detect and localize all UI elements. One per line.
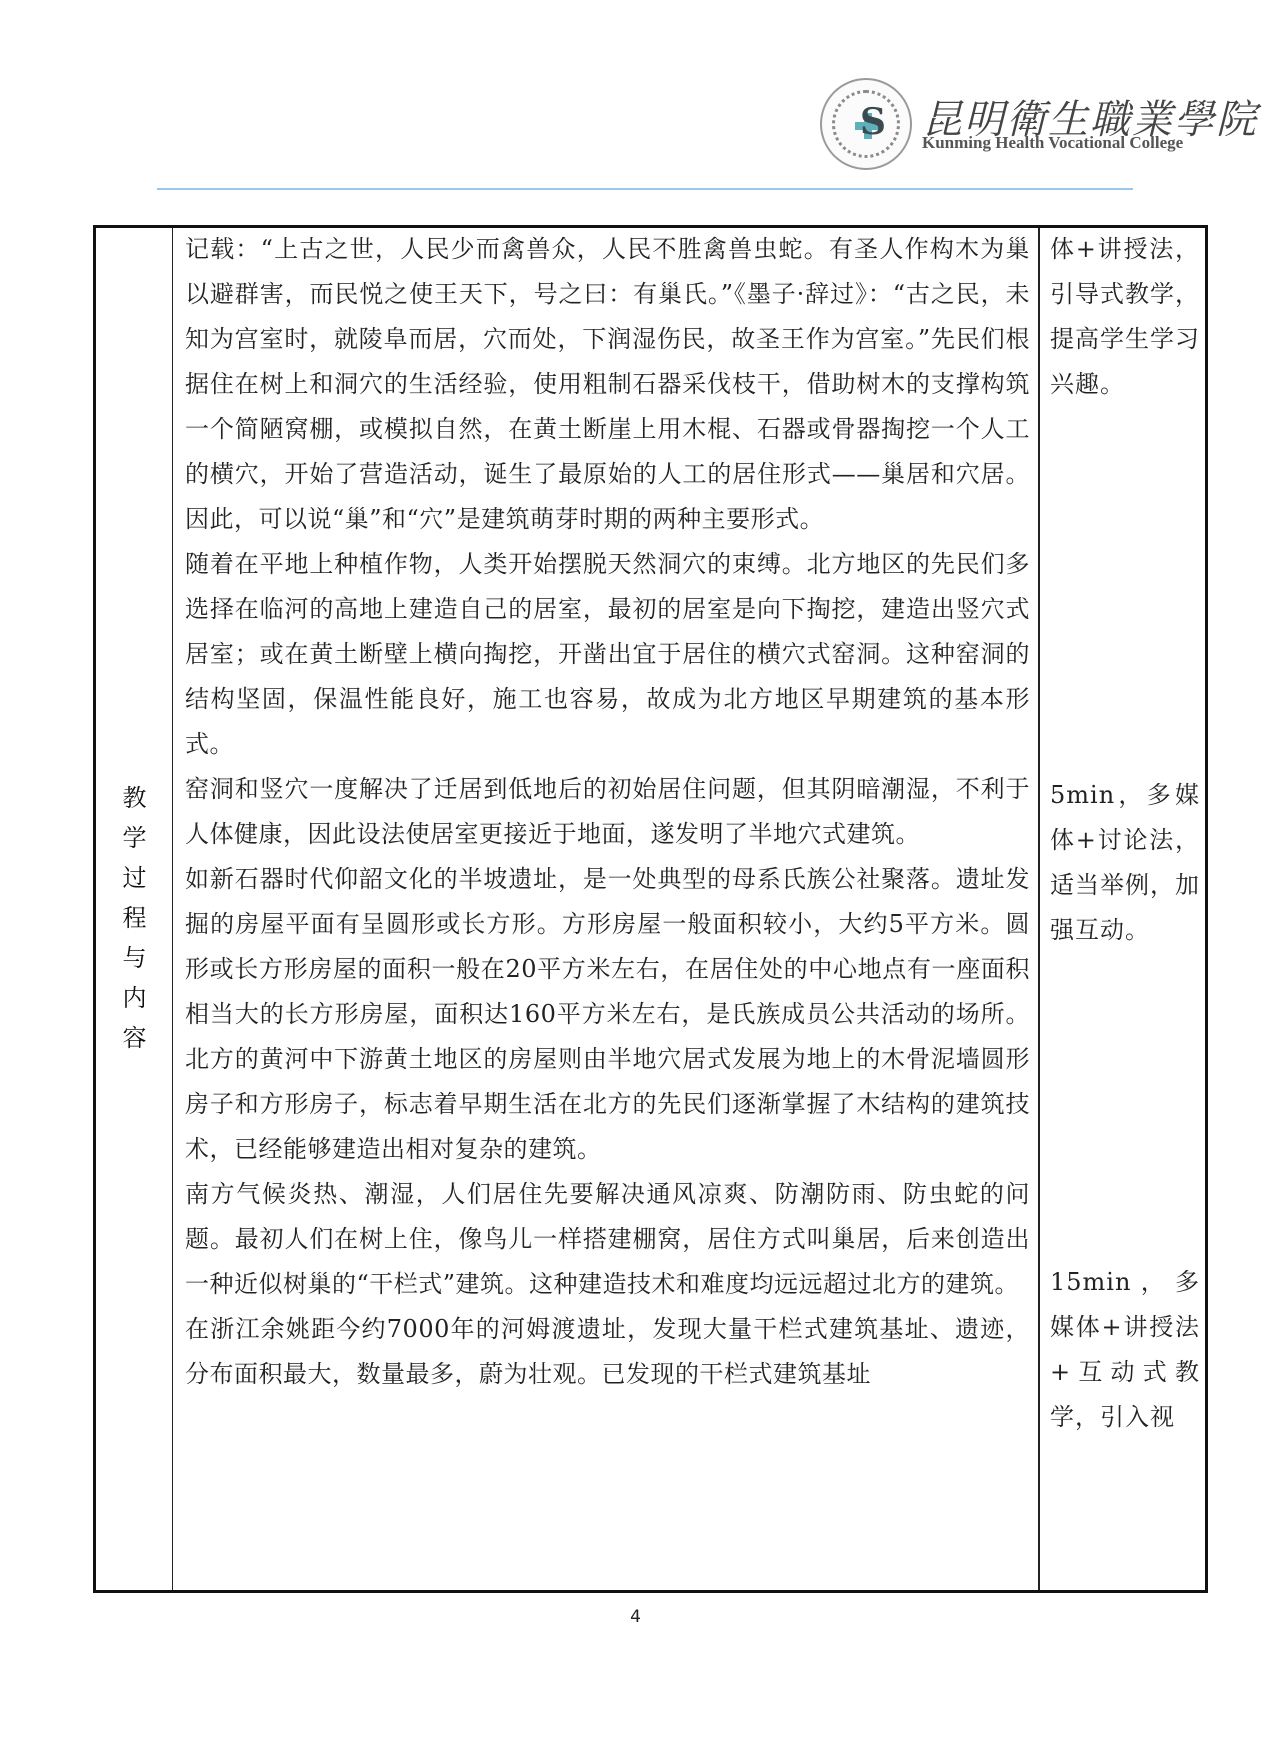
- section-label-cell: 教 学 过 程 与 内 容: [96, 228, 173, 1590]
- label-char: 学: [96, 818, 173, 858]
- content-text: 记载：“上古之世，人民少而禽兽众，人民不胜禽兽虫蛇。有圣人作构木为巢以避群害，而…: [185, 228, 1030, 1397]
- content-cell: 记载：“上古之世，人民少而禽兽众，人民不胜禽兽虫蛇。有圣人作构木为巢以避群害，而…: [173, 228, 1040, 1590]
- label-char: 内: [96, 978, 173, 1018]
- label-char: 容: [96, 1018, 173, 1058]
- paragraph: 南方气候炎热、潮湿，人们居住先要解决通风凉爽、防潮防雨、防虫蛇的问题。最初人们在…: [185, 1172, 1030, 1307]
- method-cell: 体+讲授法，引导式教学，提高学生学习兴趣。 5min，多媒体+讨论法，适当举例，…: [1040, 228, 1205, 1590]
- dragon-s-icon: S: [860, 104, 886, 140]
- label-char: 与: [96, 938, 173, 978]
- paragraph: 在浙江余姚距今约7000年的河姆渡遗址，发现大量干栏式建筑基址、遗迹，分布面积最…: [185, 1307, 1030, 1397]
- college-emblem-icon: S: [820, 78, 912, 170]
- paragraph: 如新石器时代仰韶文化的半坡遗址，是一处典型的母系氏族公社聚落。遗址发掘的房屋平面…: [185, 857, 1030, 1172]
- paragraph: 窑洞和竖穴一度解决了迁居到低地后的初始居住问题，但其阴暗潮湿，不利于人体健康，因…: [185, 767, 1030, 857]
- college-name-en: Kunming Health Vocational College: [922, 133, 1183, 153]
- paragraph: 随着在平地上种植作物，人类开始摆脱天然洞穴的束缚。北方地区的先民们多选择在临河的…: [185, 542, 1030, 767]
- paragraph: 记载：“上古之世，人民少而禽兽众，人民不胜禽兽虫蛇。有圣人作构木为巢以避群害，而…: [185, 228, 1030, 542]
- method-note: 5min，多媒体+讨论法，适当举例，加强互动。: [1050, 773, 1200, 953]
- page-header: S 昆明衛生職業學院 Kunming Health Vocational Col…: [0, 0, 1271, 200]
- label-char: 过: [96, 858, 173, 898]
- method-note: 体+讲授法，引导式教学，提高学生学习兴趣。: [1050, 228, 1200, 407]
- label-char: 教: [96, 778, 173, 818]
- header-divider: [157, 188, 1133, 190]
- lesson-plan-table: 教 学 过 程 与 内 容 记载：“上古之世，人民少而禽兽众，人民不胜禽兽虫蛇。…: [93, 225, 1208, 1593]
- page-number: 4: [0, 1607, 1271, 1627]
- section-label: 教 学 过 程 与 内 容: [96, 778, 173, 1058]
- label-char: 程: [96, 898, 173, 938]
- method-note: 15min，多媒体+讲授法+互动式教学，引入视: [1050, 1260, 1200, 1440]
